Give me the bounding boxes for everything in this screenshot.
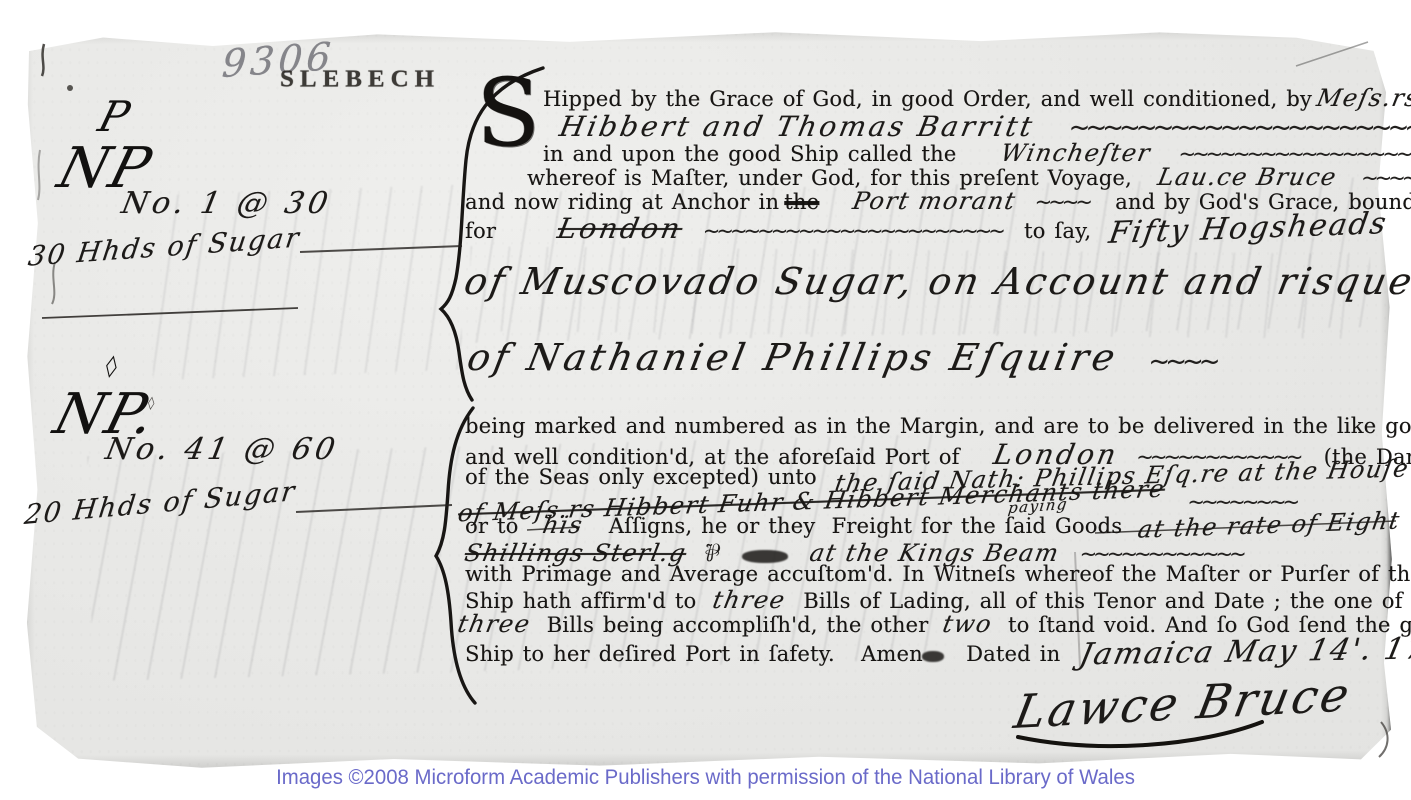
to-say-print: to ſay, [1024, 219, 1091, 243]
cargo-quantity: Fifty Hogsheads [1107, 206, 1391, 251]
date-and-place: Jamaica May 14'. 1794 [1077, 631, 1411, 673]
drop-cap-s: S [476, 74, 540, 154]
safety-clause-print: Ship to her deſired Port in ſafety. [465, 642, 835, 666]
for-print: for [465, 219, 496, 243]
delivery-clause-print: being marked and numbered as in the Marg… [465, 414, 1411, 438]
destination-port: London [555, 212, 686, 245]
dated-in-print: Dated in [966, 642, 1060, 666]
cargo-owner: of Nathaniel Phillips Eſquire [464, 336, 1123, 379]
shipped-clause-print: Hipped by the Grace of God, in good Orde… [543, 87, 1312, 111]
bill-line-13: or to his Aſſigns, he or they Freight fo… [465, 511, 1401, 539]
bill-line-6: for London ~~~~~~~~~~~~~~~~~~~~~~ to ſay… [465, 211, 1388, 246]
shipper-name-part-1: Meſs.rs Robert [1314, 84, 1411, 112]
assigns-fill: his [540, 511, 585, 539]
flourish-dash: ~~~~ [1148, 346, 1215, 379]
witness-clause-print: with Primage and Average accuſtom'd. In … [465, 562, 1411, 586]
footer-caption: Images ©2008 Microform Academic Publishe… [21, 766, 1390, 790]
bill-line-1: Hipped by the Grace of God, in good Orde… [543, 84, 1411, 112]
cargo-description: of Muscovado Sugar, on Account and risqu… [461, 260, 1411, 303]
cask-number-range-1: No. 1 @ 30 [119, 186, 335, 221]
flourish-dash: ~~~~~~~~~~~~~~~~~~~~~~ [703, 218, 1002, 244]
bill-of-lading-scan: 9306 SLEBECH P NP No. 1 @ 30 30 Hhds of … [0, 0, 1411, 800]
assigns-clause-print: Aſſigns, he or they [609, 514, 816, 538]
or-to-print: or to [465, 514, 518, 538]
cask-number-range-2: No. 41 @ 60 [103, 432, 342, 467]
ink-blot [922, 651, 944, 662]
estate-stamp: SLEBECH [280, 67, 440, 94]
excepted-clause-print: of the Seas only excepted) unto [465, 465, 817, 489]
bill-line-18: Ship to her deſired Port in ſafety. Amen… [465, 634, 1411, 669]
amen-print: Amen [861, 642, 923, 666]
bill-line-8: of Nathaniel Phillips Eſquire ~~~~ [468, 336, 1216, 379]
freight-clause-print: Freight for the ſaid Goods [832, 514, 1123, 538]
